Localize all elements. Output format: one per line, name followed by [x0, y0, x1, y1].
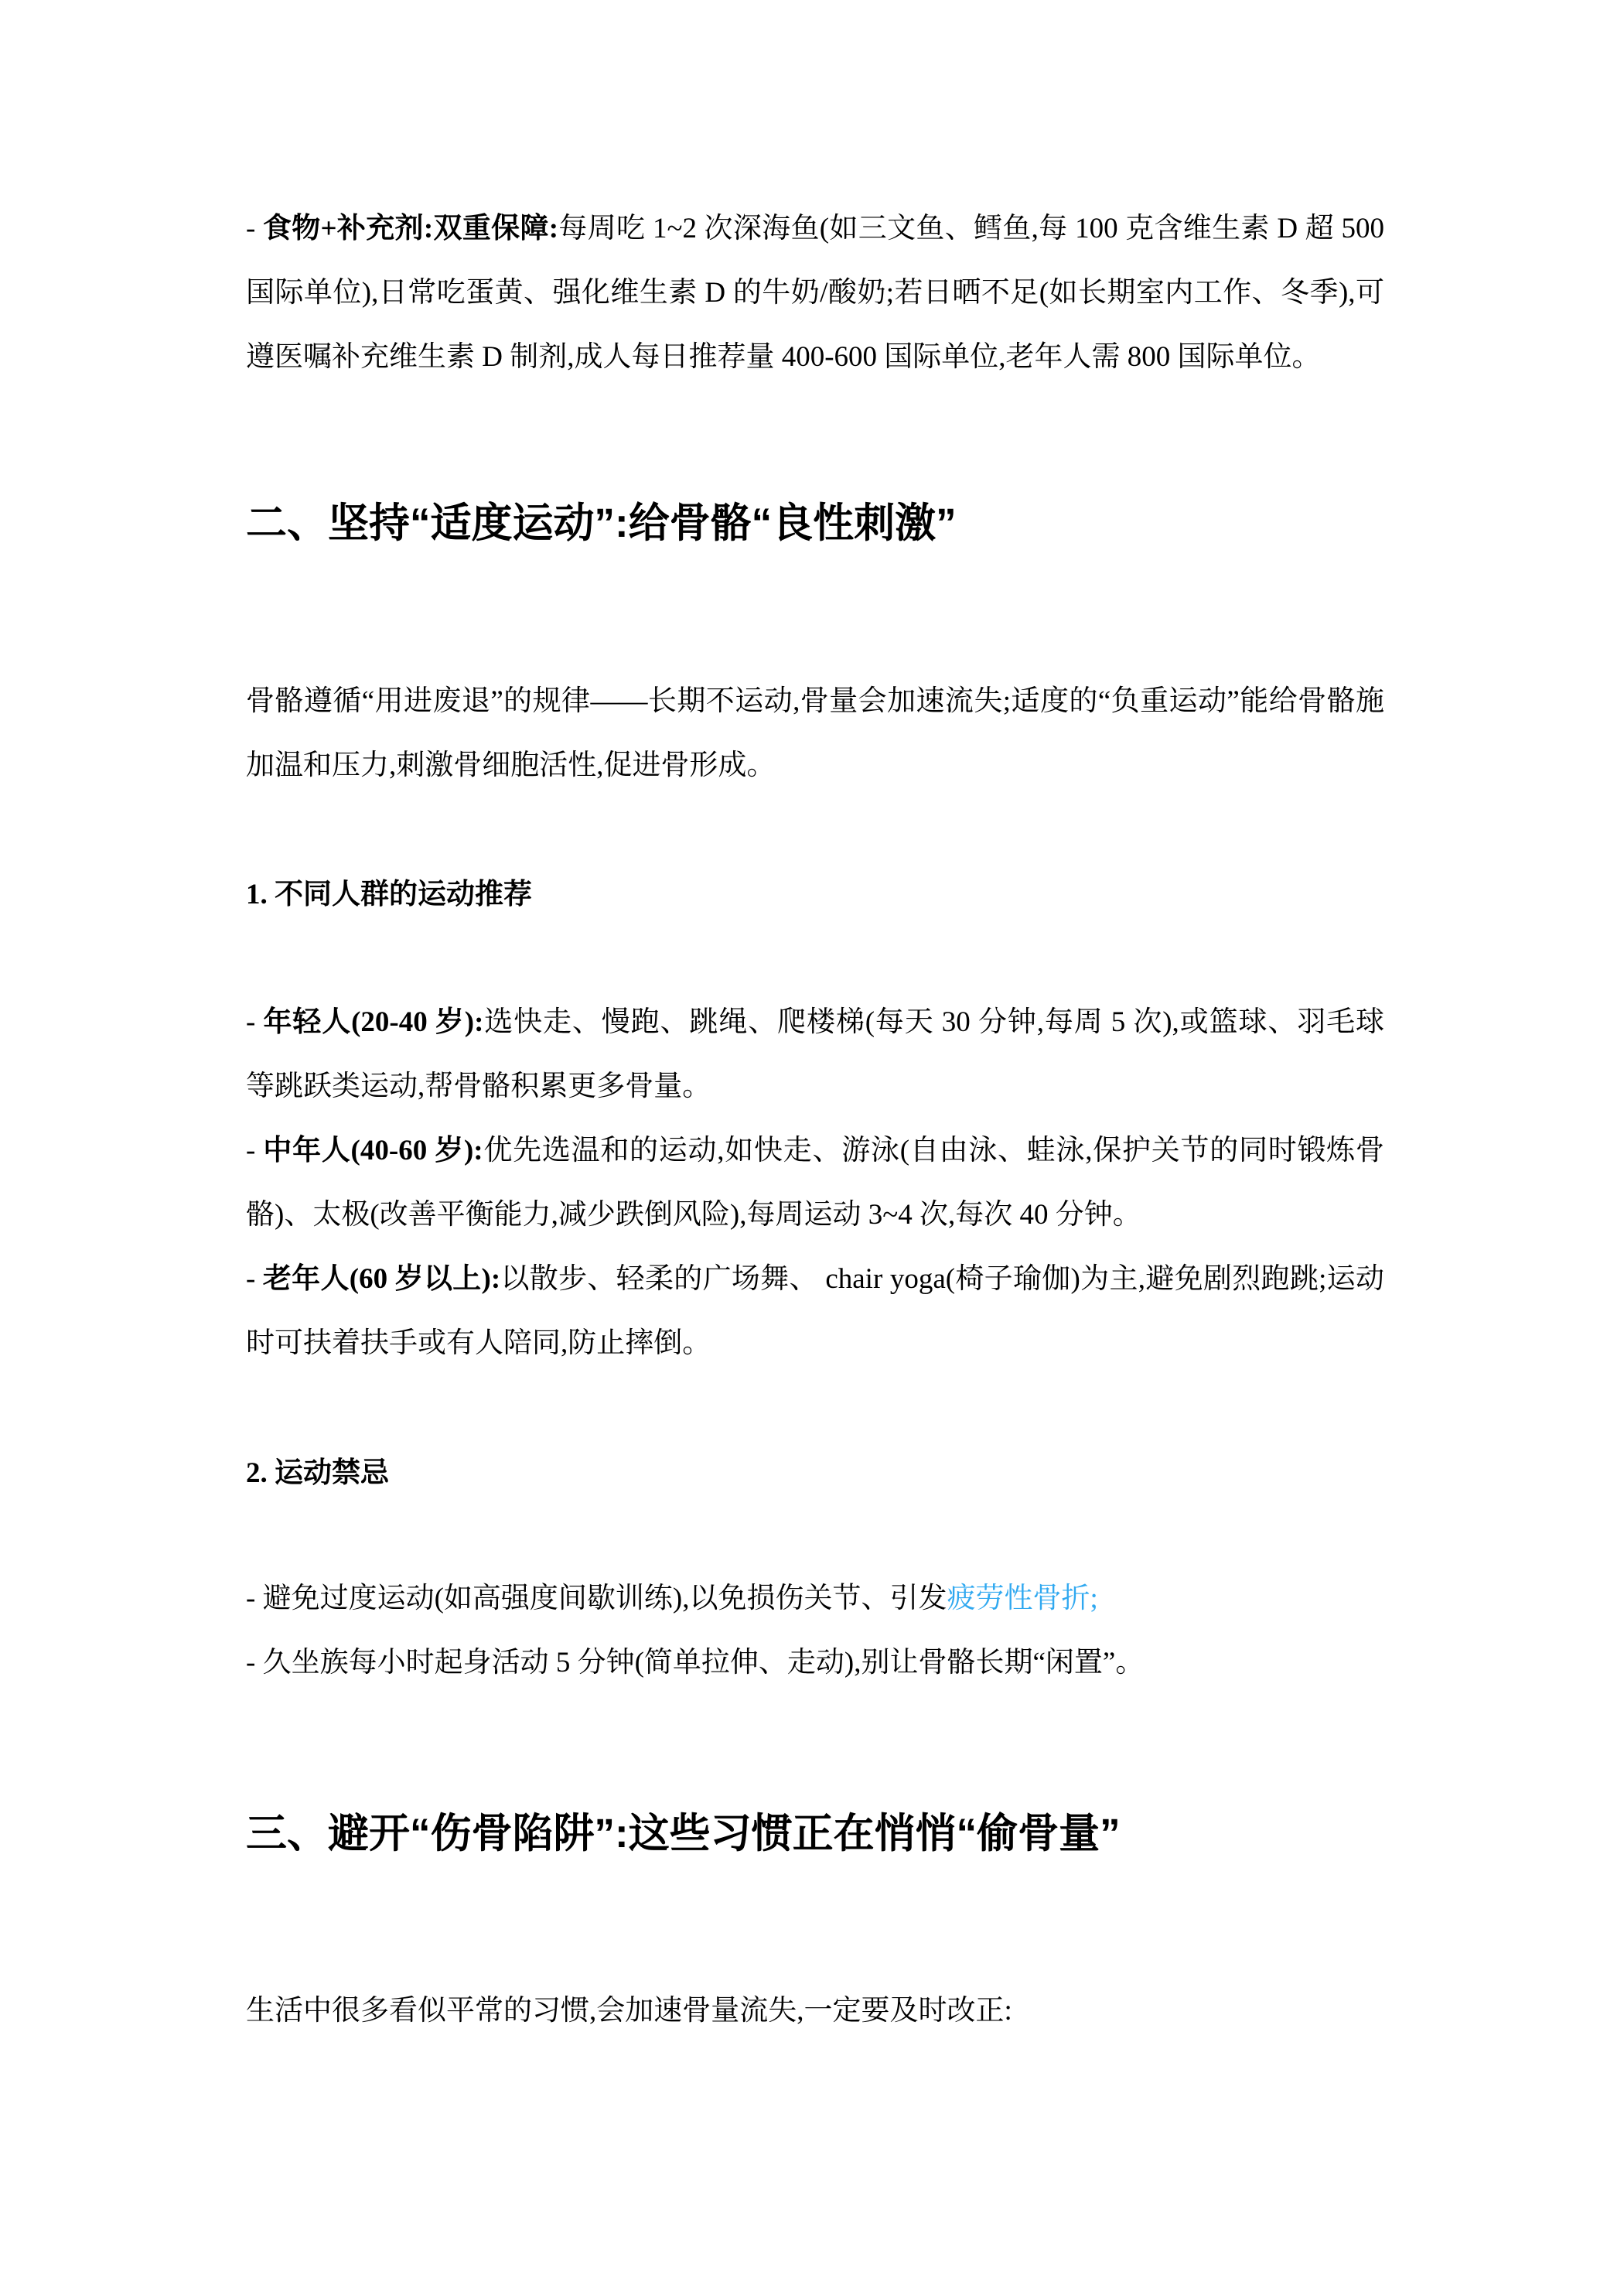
bullet-young-adults-lead: 年轻人(20-40 岁):	[263, 1006, 483, 1038]
bullet-seniors: - 老年人(60 岁以上):以散步、轻柔的广场舞、 chair yoga(椅子瑜…	[246, 1247, 1384, 1375]
subheading-exercise-taboos: 2. 运动禁忌	[246, 1441, 1384, 1505]
bullet-dash: -	[246, 1135, 263, 1166]
bullet-dash: -	[246, 1647, 263, 1679]
section-3-intro: 生活中很多看似平常的习惯,会加速骨量流失,一定要及时改正:	[246, 1979, 1384, 2043]
document-page: - 食物+补充剂:双重保障:每周吃 1~2 次深海鱼(如三文鱼、鳕鱼,每 100…	[0, 0, 1624, 2295]
bullet-dash: -	[246, 213, 263, 244]
bullet-sedentary-text: 久坐族每小时起身活动 5 分钟(简单拉伸、走动),别让骨骼长期“闲置”。	[263, 1647, 1145, 1679]
bullet-sedentary: - 久坐族每小时起身活动 5 分钟(简单拉伸、走动),别让骨骼长期“闲置”。	[246, 1631, 1384, 1695]
bullet-food-supplement: - 食物+补充剂:双重保障:每周吃 1~2 次深海鱼(如三文鱼、鳕鱼,每 100…	[246, 196, 1384, 389]
bullet-avoid-overtraining: - 避免过度运动(如高强度间歇训练),以免损伤关节、引发疲劳性骨折;	[246, 1566, 1384, 1631]
bullet-dash: -	[246, 1263, 263, 1295]
bullet-middle-aged-lead: 中年人(40-60 岁):	[263, 1135, 483, 1166]
bullet-young-adults: - 年轻人(20-40 岁):选快走、慢跑、跳绳、爬楼梯(每天 30 分钟,每周…	[246, 990, 1384, 1118]
subheading-exercise-recommendations: 1. 不同人群的运动推荐	[246, 862, 1384, 927]
section-3-heading: 三、避开“伤骨陷阱”:这些习惯正在悄悄“偷骨量”	[246, 1805, 1384, 1863]
bullet-dash: -	[246, 1583, 263, 1614]
section-2-intro: 骨骼遵循“用进废退”的规律——长期不运动,骨量会加速流失;适度的“负重运动”能给…	[246, 669, 1384, 797]
bullet-seniors-lead: 老年人(60 岁以上):	[263, 1263, 500, 1295]
section-2-heading: 二、坚持“适度运动”:给骨骼“良性刺激”	[246, 494, 1384, 553]
bullet-food-supplement-lead: 食物+补充剂:双重保障:	[263, 213, 558, 244]
bullet-middle-aged: - 中年人(40-60 岁):优先选温和的运动,如快走、游泳(自由泳、蛙泳,保护…	[246, 1118, 1384, 1247]
bullet-dash: -	[246, 1006, 263, 1038]
bullet-avoid-overtraining-text: 避免过度运动(如高强度间歇训练),以免损伤关节、引发	[263, 1583, 947, 1614]
fatigue-fracture-link[interactable]: 疲劳性骨折;	[947, 1583, 1097, 1614]
